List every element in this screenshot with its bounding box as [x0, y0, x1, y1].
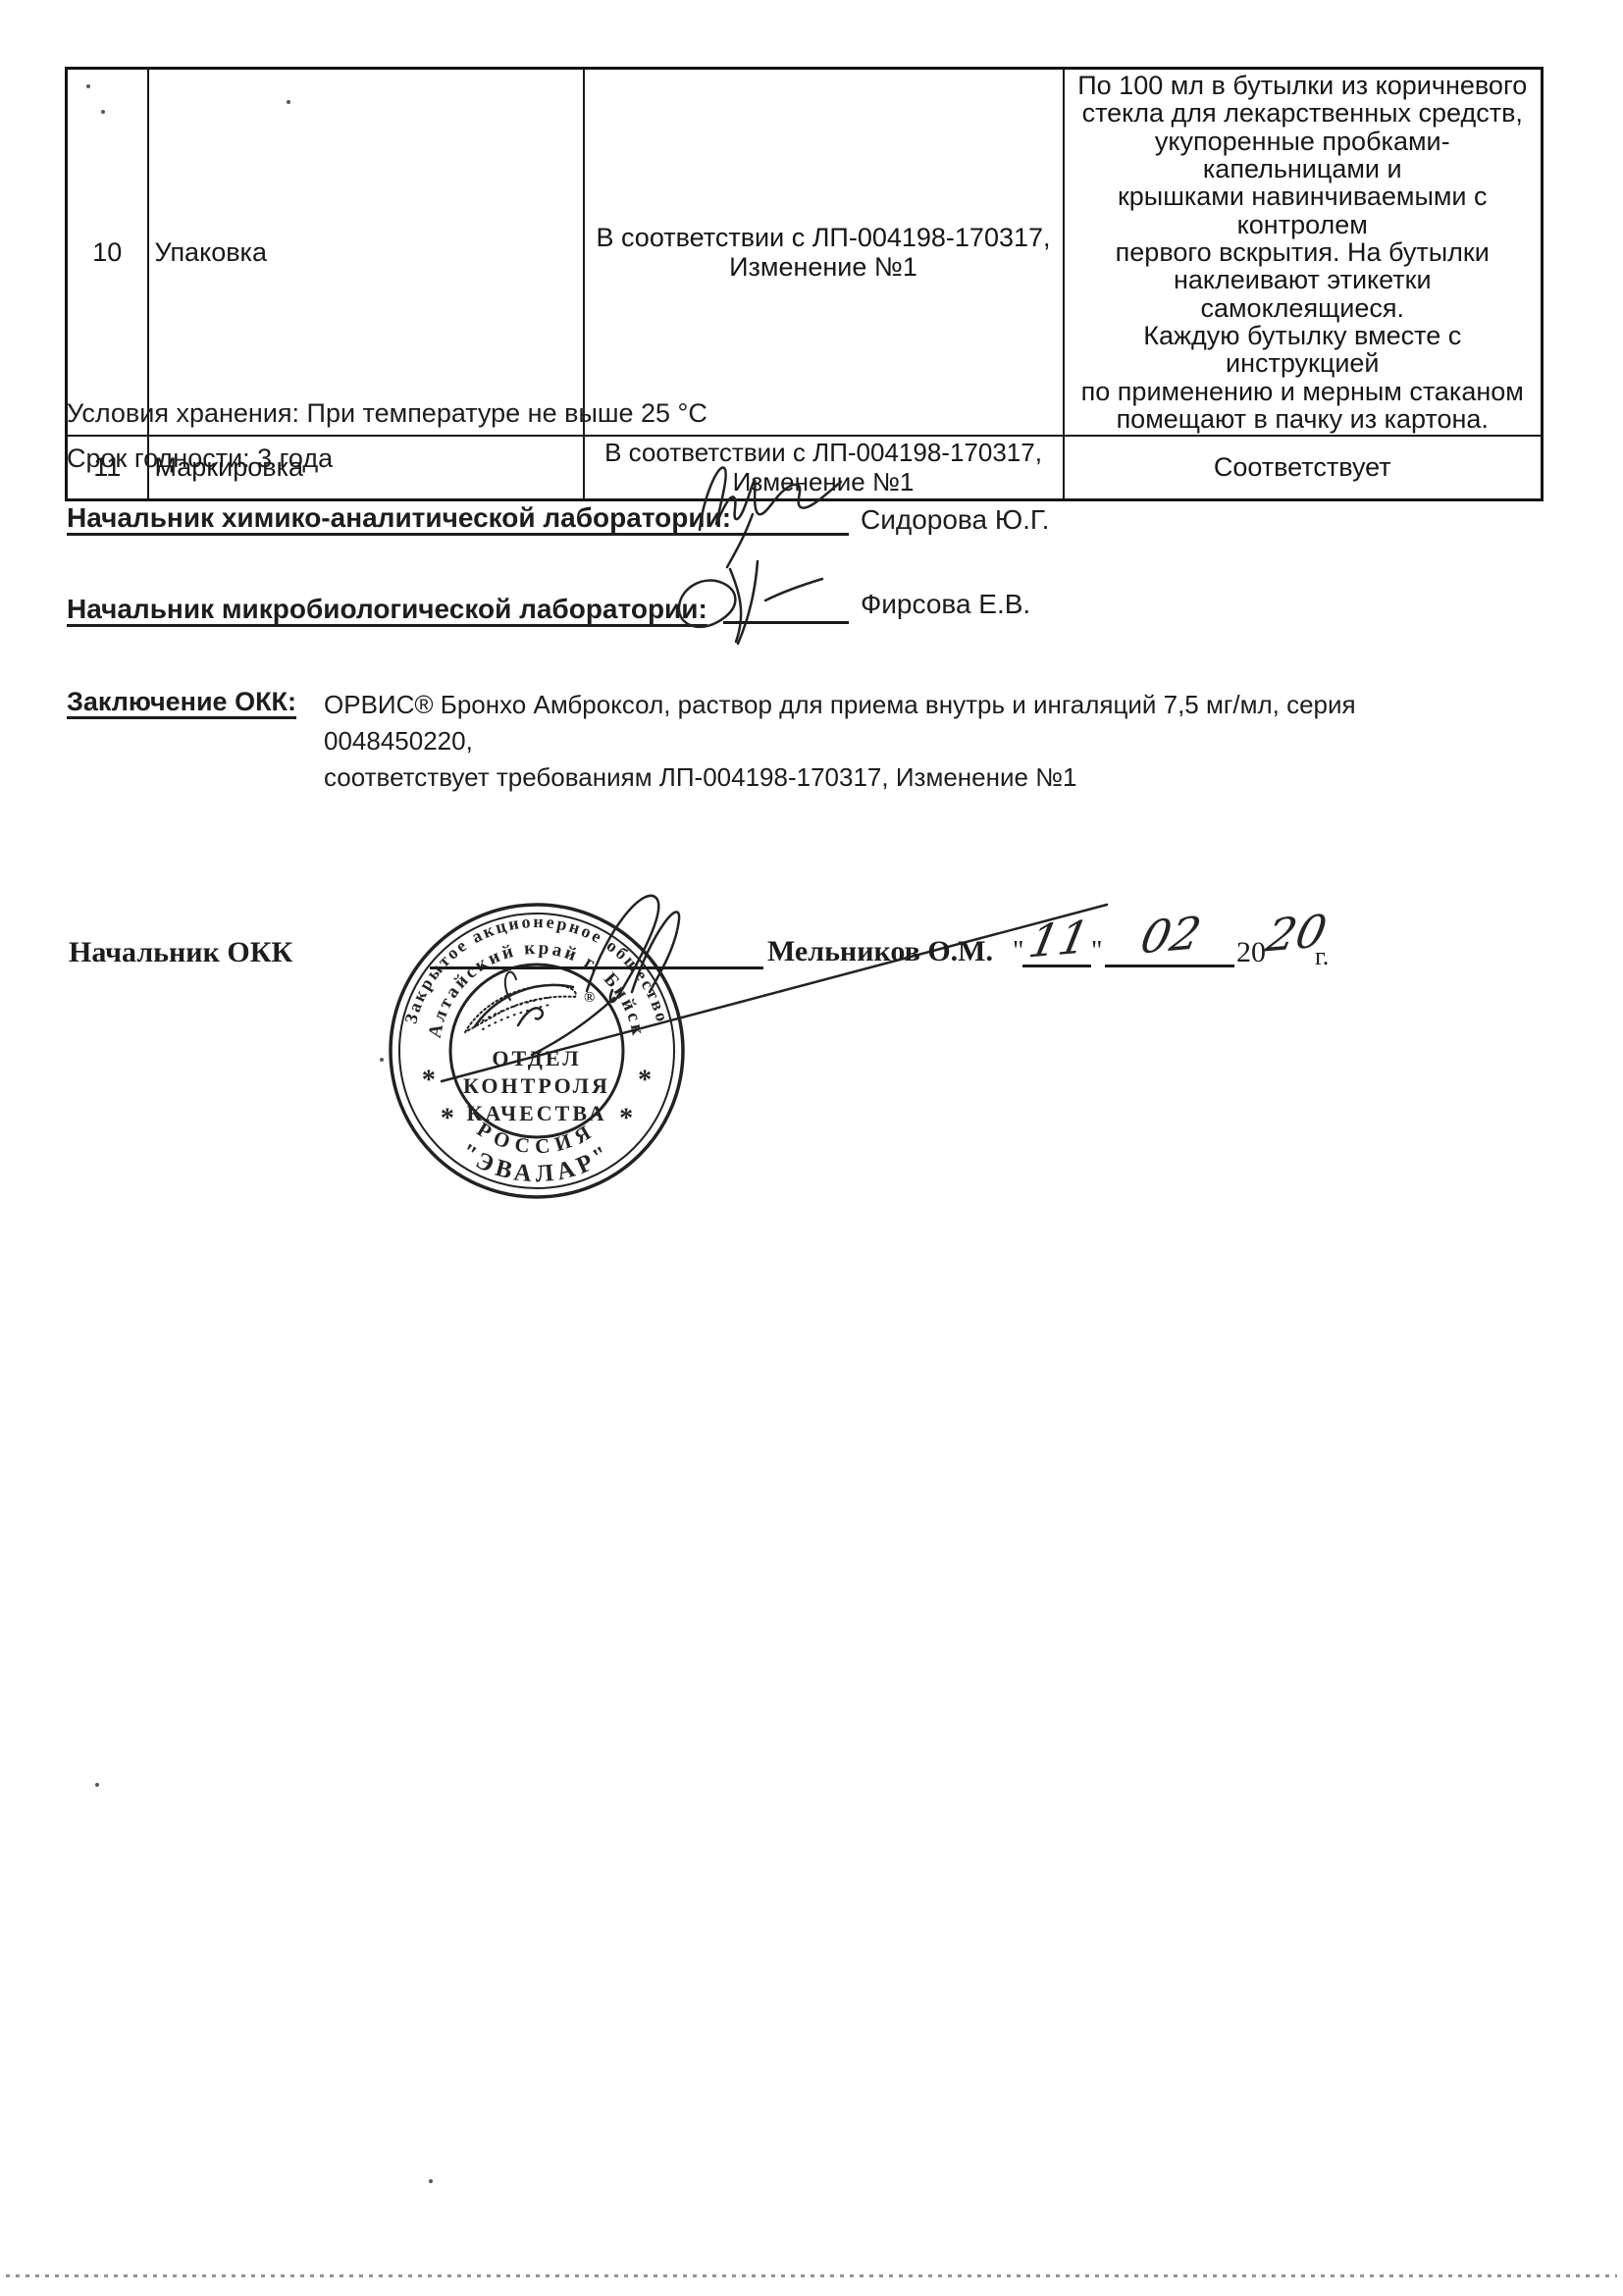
scan-artifact-line	[6, 2274, 1617, 2277]
scan-speck	[86, 84, 90, 88]
date-day-handwritten: 11	[1024, 911, 1094, 968]
table-row: 10 Упаковка В соответствии с ЛП-004198-1…	[67, 69, 1543, 437]
date-quote-close: "	[1091, 936, 1102, 967]
result-cell: По 100 мл в бутылки из коричневого стекл…	[1064, 69, 1543, 437]
signature-line	[430, 966, 763, 969]
scan-speck	[429, 2179, 433, 2183]
signature-line	[708, 533, 849, 536]
scan-speck	[380, 1058, 384, 1062]
signature-hook	[518, 1008, 543, 1025]
signature-firsova	[669, 555, 864, 652]
signatory-name-firsova: Фирсова Е.В.	[861, 589, 1030, 620]
date-year-suffix: г.	[1315, 942, 1329, 971]
scan-speck	[287, 100, 290, 104]
signature-stroke	[700, 468, 841, 530]
date-quote-open: "	[1013, 936, 1023, 967]
scan-speck	[101, 110, 105, 114]
signature-oval	[679, 580, 735, 626]
document-page: 10 Упаковка В соответствии с ЛП-004198-1…	[0, 0, 1623, 2296]
spec-table: 10 Упаковка В соответствии с ЛП-004198-1…	[65, 67, 1544, 501]
scan-speck	[95, 1783, 99, 1787]
signature-diagonal	[442, 905, 1107, 1081]
approver-name: Мельников О.М.	[767, 935, 993, 968]
conclusion-label: Заключение ОКК:	[67, 687, 296, 717]
date-month-handwritten: 02	[1136, 907, 1206, 965]
signatory-title-chem-lab: Начальник химико-аналитической лаборатор…	[67, 502, 731, 534]
storage-conditions: Условия хранения: При температуре не выш…	[67, 398, 707, 429]
signature-melnikov	[412, 876, 1119, 1141]
signatory-title-micro-lab: Начальник микробиологической лаборатории…	[67, 594, 707, 625]
signatory-name-sidorova: Сидорова Ю.Г.	[861, 504, 1049, 536]
conclusion-text: ОРВИС® Бронхо Амброксол, раствор для при…	[324, 687, 1482, 796]
date-month-line	[1105, 965, 1234, 967]
result-cell: Соответствует	[1064, 436, 1543, 499]
row-number-cell: 10	[67, 69, 148, 437]
signature-flick	[765, 579, 822, 600]
shelf-life: Срок годности: 3 года	[67, 444, 333, 474]
approver-title: Начальник ОКК	[69, 936, 292, 969]
date-year-printed: 20	[1236, 936, 1266, 969]
date-day-line	[1022, 965, 1091, 967]
requirement-cell: В соответствии с ЛП-004198-170317, Измен…	[584, 69, 1064, 437]
parameter-cell: Упаковка	[148, 69, 584, 437]
signature-line	[723, 621, 849, 624]
